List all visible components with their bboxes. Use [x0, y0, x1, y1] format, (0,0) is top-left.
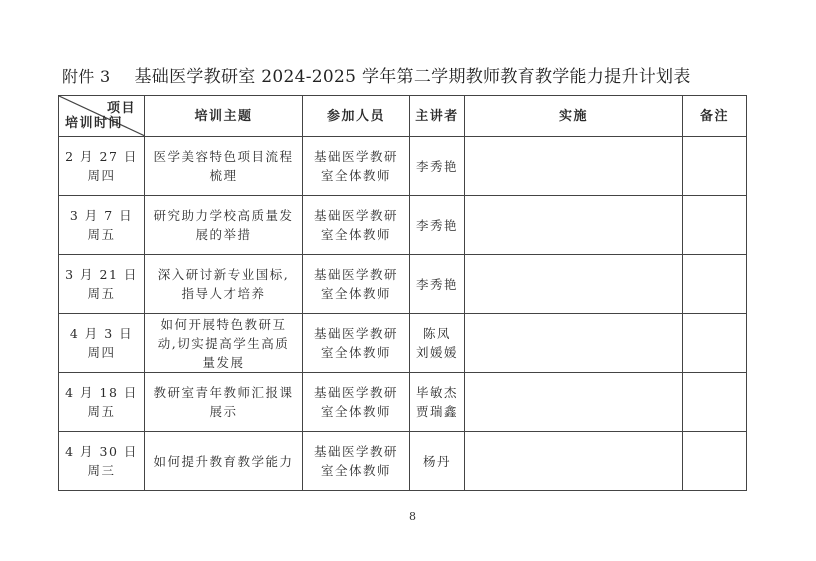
participants-cell: 基础医学教研室全体教师: [303, 255, 410, 314]
date-cell: 3 月 7 日周五: [59, 196, 145, 255]
participants-text: 基础医学教研室全体教师: [303, 442, 409, 480]
notes-cell: [683, 196, 747, 255]
speaker-text: 陈凤 刘媛媛: [410, 324, 464, 362]
participants-text: 基础医学教研室全体教师: [303, 324, 409, 362]
implementation-cell: [465, 137, 683, 196]
notes-cell: [683, 432, 747, 491]
speaker-text: 毕敏杰 贾瑞鑫: [410, 383, 464, 421]
speaker-cell: 李秀艳: [410, 196, 465, 255]
participants-cell: 基础医学教研室全体教师: [303, 196, 410, 255]
speaker-text: 李秀艳: [410, 275, 464, 294]
participants-text: 基础医学教研室全体教师: [303, 383, 409, 421]
topic-text: 研究助力学校高质量发展的举措: [145, 206, 302, 244]
date-cell: 4 月 18 日周五: [59, 373, 145, 432]
notes-cell: [683, 137, 747, 196]
table-row: 4 月 30 日周三如何提升教育教学能力基础医学教研室全体教师杨丹: [59, 432, 747, 491]
topic-cell: 深入研讨新专业国标,指导人才培养: [145, 255, 303, 314]
table-row: 4 月 18 日周五教研室青年教师汇报课展示基础医学教研室全体教师毕敏杰 贾瑞鑫: [59, 373, 747, 432]
weekday-text: 周三: [87, 463, 115, 478]
participants-cell: 基础医学教研室全体教师: [303, 314, 410, 373]
date-text: 2 月 27 日: [65, 149, 138, 164]
header-notes: 备注: [683, 96, 747, 137]
topic-cell: 教研室青年教师汇报课展示: [145, 373, 303, 432]
date-cell: 3 月 21 日周五: [59, 255, 145, 314]
date-text: 4 月 30 日: [65, 444, 138, 459]
participants-cell: 基础医学教研室全体教师: [303, 432, 410, 491]
table-row: 4 月 3 日周四如何开展特色教研互动,切实提高学生高质量发展基础医学教研室全体…: [59, 314, 747, 373]
weekday-text: 周五: [87, 286, 115, 301]
diagonal-header-cell: 项目 培训时间: [59, 96, 145, 137]
page-number: 8: [409, 510, 416, 523]
document-title: 基础医学教研室 2024-2025 学年第二学期教师教育教学能力提升计划表: [134, 67, 690, 87]
date-text: 4 月 3 日: [70, 326, 133, 341]
table-header-row: 项目 培训时间 培训主题 参加人员 主讲者 实施 备注: [59, 96, 747, 137]
header-time-label: 培训时间: [65, 114, 123, 133]
participants-text: 基础医学教研室全体教师: [303, 147, 409, 185]
topic-text: 深入研讨新专业国标,指导人才培养: [145, 265, 302, 303]
topic-text: 如何开展特色教研互动,切实提高学生高质量发展: [145, 315, 302, 372]
date-text: 4 月 18 日: [65, 385, 138, 400]
speaker-cell: 陈凤 刘媛媛: [410, 314, 465, 373]
participants-cell: 基础医学教研室全体教师: [303, 137, 410, 196]
date-cell: 4 月 30 日周三: [59, 432, 145, 491]
implementation-cell: [465, 255, 683, 314]
header-participants: 参加人员: [303, 96, 410, 137]
participants-text: 基础医学教研室全体教师: [303, 206, 409, 244]
weekday-text: 周五: [87, 227, 115, 242]
topic-cell: 如何提升教育教学能力: [145, 432, 303, 491]
implementation-cell: [465, 373, 683, 432]
speaker-cell: 李秀艳: [410, 255, 465, 314]
speaker-text: 杨丹: [417, 452, 457, 471]
speaker-text: 李秀艳: [410, 157, 464, 176]
notes-cell: [683, 373, 747, 432]
table-row: 3 月 7 日周五研究助力学校高质量发展的举措基础医学教研室全体教师李秀艳: [59, 196, 747, 255]
speaker-cell: 杨丹: [410, 432, 465, 491]
topic-text: 教研室青年教师汇报课展示: [145, 383, 302, 421]
notes-cell: [683, 255, 747, 314]
weekday-text: 周五: [87, 404, 115, 419]
participants-cell: 基础医学教研室全体教师: [303, 373, 410, 432]
weekday-text: 周四: [87, 345, 115, 360]
header-implementation: 实施: [465, 96, 683, 137]
training-plan-table: 项目 培训时间 培训主题 参加人员 主讲者 实施 备注 2 月 27 日周四医学…: [58, 95, 747, 491]
implementation-cell: [465, 314, 683, 373]
date-cell: 2 月 27 日周四: [59, 137, 145, 196]
table-row: 2 月 27 日周四医学美容特色项目流程梳理基础医学教研室全体教师李秀艳: [59, 137, 747, 196]
date-text: 3 月 21 日: [65, 267, 138, 282]
implementation-cell: [465, 432, 683, 491]
topic-cell: 医学美容特色项目流程梳理: [145, 137, 303, 196]
header-speaker: 主讲者: [410, 96, 465, 137]
attachment-label: 附件 3: [62, 67, 110, 86]
topic-cell: 如何开展特色教研互动,切实提高学生高质量发展: [145, 314, 303, 373]
document-title-line: 附件 3基础医学教研室 2024-2025 学年第二学期教师教育教学能力提升计划…: [62, 62, 691, 87]
topic-text: 医学美容特色项目流程梳理: [145, 147, 302, 185]
header-topic: 培训主题: [145, 96, 303, 137]
implementation-cell: [465, 196, 683, 255]
speaker-cell: 李秀艳: [410, 137, 465, 196]
weekday-text: 周四: [87, 168, 115, 183]
speaker-text: 李秀艳: [410, 216, 464, 235]
table-row: 3 月 21 日周五深入研讨新专业国标,指导人才培养基础医学教研室全体教师李秀艳: [59, 255, 747, 314]
notes-cell: [683, 314, 747, 373]
topic-text: 如何提升教育教学能力: [147, 452, 299, 471]
date-text: 3 月 7 日: [70, 208, 133, 223]
topic-cell: 研究助力学校高质量发展的举措: [145, 196, 303, 255]
date-cell: 4 月 3 日周四: [59, 314, 145, 373]
participants-text: 基础医学教研室全体教师: [303, 265, 409, 303]
speaker-cell: 毕敏杰 贾瑞鑫: [410, 373, 465, 432]
